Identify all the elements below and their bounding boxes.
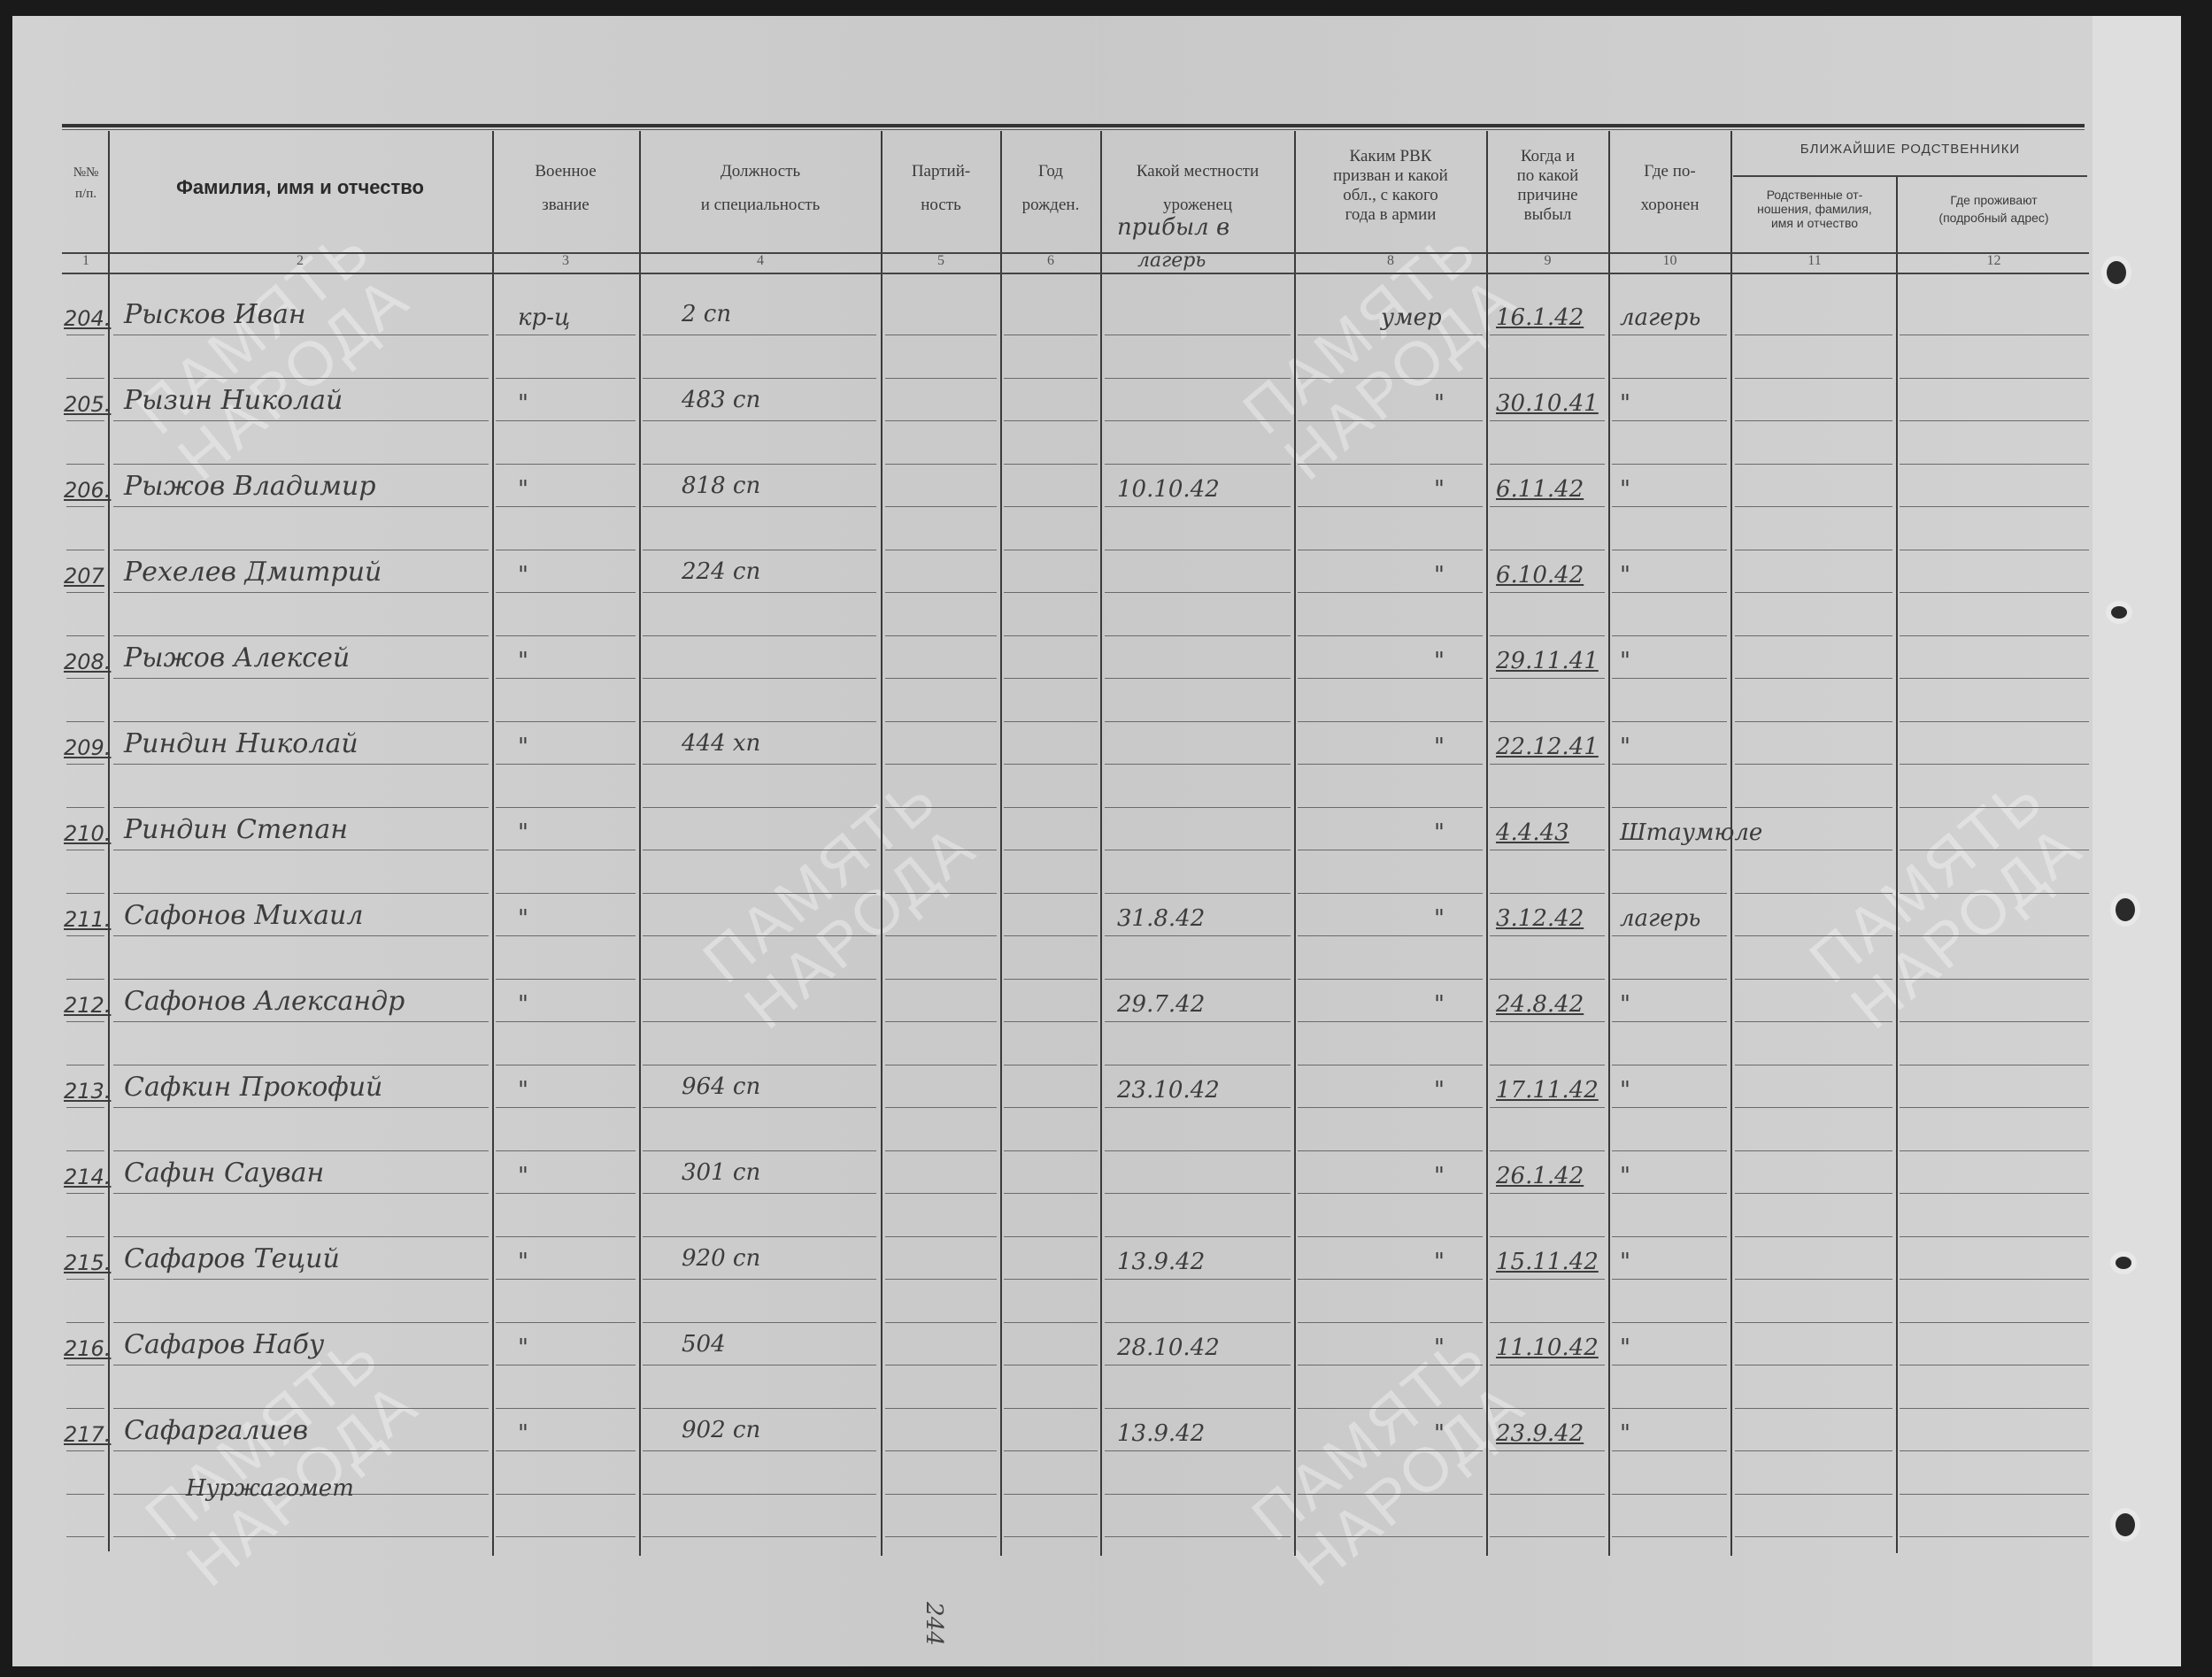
row-rule	[496, 420, 636, 421]
punch-hole	[2116, 1513, 2135, 1536]
row-rule	[1105, 1536, 1291, 1537]
row-rule	[1004, 335, 1098, 335]
row-rule	[885, 1365, 997, 1365]
row-rule	[1105, 1322, 1291, 1323]
military-rank: "	[518, 905, 528, 932]
row-rule	[885, 635, 997, 636]
row-rule	[1900, 678, 2089, 679]
row-rule	[1105, 550, 1291, 550]
row-rule	[1612, 506, 1727, 507]
header-col11: Родственные от-ношения, фамилия,имя и от…	[1733, 188, 1896, 230]
row-rule	[643, 420, 876, 421]
header-top-rule	[62, 124, 2085, 127]
row-rule	[66, 721, 104, 722]
row-rule	[1735, 893, 1892, 894]
row-rule	[1490, 464, 1605, 465]
row-rule	[1004, 1065, 1098, 1065]
header-col10: Где по-хоронен	[1610, 161, 1730, 216]
row-rule	[1612, 335, 1727, 335]
row-rule	[1735, 335, 1892, 335]
row-rule	[885, 1494, 997, 1495]
rvk-status: умер	[1381, 304, 1442, 331]
row-rule	[1612, 1450, 1727, 1451]
header-col7-handwritten-note: прибыл в	[1117, 214, 1229, 241]
row-rule	[113, 979, 489, 980]
row-rule	[1900, 1236, 2089, 1237]
row-number: 209.	[64, 735, 111, 760]
column-number: 1	[64, 253, 108, 269]
row-rule	[643, 1322, 876, 1323]
row-rule	[1900, 1065, 2089, 1065]
rvk-status: "	[1434, 1335, 1445, 1361]
row-rule	[1735, 1279, 1892, 1280]
row-rule	[885, 1021, 997, 1022]
row-rule	[1900, 1450, 2089, 1451]
military-rank: "	[518, 562, 528, 588]
row-rule	[496, 893, 636, 894]
row-number: 208.	[64, 650, 111, 674]
row-number: 210.	[64, 821, 111, 846]
row-rule	[496, 335, 636, 335]
row-rule	[1735, 420, 1892, 421]
position-unit: 2 сп	[682, 301, 731, 327]
column-number: 5	[882, 253, 999, 269]
row-rule	[885, 678, 997, 679]
row-rule	[66, 1150, 104, 1151]
full-name: Рысков Иван	[124, 299, 306, 330]
row-rule	[113, 592, 489, 593]
row-rule	[496, 979, 636, 980]
row-rule	[1105, 592, 1291, 593]
row-rule	[1105, 378, 1291, 379]
date-of-death: 29.11.41	[1496, 648, 1599, 674]
row-rule	[643, 1150, 876, 1151]
row-rule	[1004, 506, 1098, 507]
row-rule	[885, 893, 997, 894]
burial-place: "	[1620, 991, 1630, 1018]
row-rule	[113, 1150, 489, 1151]
arrived-in-camp-date: 13.9.42	[1117, 1249, 1205, 1275]
header-top-rule	[62, 129, 2085, 130]
date-of-death: 6.11.42	[1496, 476, 1584, 503]
date-of-death: 3.12.42	[1496, 905, 1584, 932]
row-rule	[1105, 850, 1291, 850]
punch-hole	[2111, 606, 2127, 619]
row-rule	[66, 592, 104, 593]
row-rule	[1612, 1279, 1727, 1280]
row-rule	[66, 1408, 104, 1409]
row-rule	[1735, 979, 1892, 980]
row-rule	[1105, 1365, 1291, 1365]
row-rule	[1004, 1450, 1098, 1451]
position-unit: 818 сп	[682, 473, 760, 499]
row-rule	[1900, 764, 2089, 765]
row-rule	[496, 935, 636, 936]
row-rule	[1298, 678, 1483, 679]
row-rule	[496, 1193, 636, 1194]
full-name: Сафонов Михаил	[124, 900, 363, 931]
row-rule	[885, 764, 997, 765]
row-rule	[66, 1107, 104, 1108]
row-rule	[1004, 1021, 1098, 1022]
burial-place: "	[1620, 1163, 1630, 1189]
row-rule	[113, 678, 489, 679]
row-rule	[643, 1236, 876, 1237]
rvk-status: "	[1434, 1077, 1445, 1104]
row-rule	[1004, 1150, 1098, 1151]
burial-place: лагерь	[1620, 304, 1700, 331]
burial-place: "	[1620, 734, 1630, 760]
row-rule	[1490, 678, 1605, 679]
column-divider	[1486, 131, 1488, 1556]
date-of-death: 26.1.42	[1496, 1163, 1584, 1189]
row-rule	[1298, 506, 1483, 507]
row-rule	[1490, 807, 1605, 808]
row-number: 207	[64, 564, 104, 588]
row-rule	[1612, 721, 1727, 722]
row-rule	[1490, 550, 1605, 550]
row-rule	[1004, 464, 1098, 465]
arrived-in-camp-date: 31.8.42	[1117, 905, 1205, 932]
row-rule	[643, 935, 876, 936]
row-rule	[885, 592, 997, 593]
row-rule	[66, 420, 104, 421]
row-rule	[66, 335, 104, 335]
row-number: 216.	[64, 1336, 111, 1361]
row-rule	[1735, 378, 1892, 379]
date-of-death: 16.1.42	[1496, 304, 1584, 331]
row-rule	[1612, 635, 1727, 636]
military-rank: "	[518, 1249, 528, 1275]
row-rule	[113, 635, 489, 636]
row-number: 212.	[64, 993, 111, 1018]
row-rule	[1105, 807, 1291, 808]
military-rank: кр-ц	[518, 304, 570, 331]
row-rule	[1900, 506, 2089, 507]
rvk-status: "	[1434, 905, 1445, 932]
row-rule	[1490, 1322, 1605, 1323]
arrived-in-camp-date: 29.7.42	[1117, 991, 1205, 1018]
rvk-status: "	[1434, 991, 1445, 1018]
row-rule	[1298, 1408, 1483, 1409]
row-rule	[1900, 1150, 2089, 1151]
row-rule	[1612, 550, 1727, 550]
row-rule	[1735, 1150, 1892, 1151]
column-number: 4	[641, 253, 880, 269]
row-rule	[113, 1065, 489, 1065]
arrived-in-camp-date: 10.10.42	[1117, 476, 1220, 503]
row-rule	[1490, 721, 1605, 722]
burial-place: Штаумюле	[1620, 819, 1762, 846]
row-number: 205.	[64, 392, 111, 417]
row-rule	[1735, 678, 1892, 679]
row-rule	[1735, 592, 1892, 593]
row-rule	[113, 335, 489, 335]
column-divider	[1294, 131, 1296, 1556]
row-rule	[1004, 721, 1098, 722]
row-rule	[1298, 378, 1483, 379]
row-rule	[1004, 550, 1098, 550]
row-number: 214.	[64, 1165, 111, 1189]
row-rule	[1612, 1494, 1727, 1495]
row-rule	[496, 1408, 636, 1409]
row-rule	[1735, 1450, 1892, 1451]
row-rule	[1298, 550, 1483, 550]
row-rule	[1105, 935, 1291, 936]
date-of-death: 17.11.42	[1496, 1077, 1599, 1104]
row-rule	[1105, 335, 1291, 335]
row-rule	[1298, 335, 1483, 335]
row-rule	[1735, 1065, 1892, 1065]
burial-place: "	[1620, 1077, 1630, 1104]
row-rule	[1490, 893, 1605, 894]
row-rule	[1298, 1536, 1483, 1537]
row-rule	[885, 1279, 997, 1280]
column-divider	[1100, 131, 1102, 1556]
row-rule	[1612, 850, 1727, 850]
row-rule	[885, 506, 997, 507]
row-rule	[1900, 1021, 2089, 1022]
row-rule	[113, 420, 489, 421]
row-rule	[496, 1279, 636, 1280]
row-rule	[113, 550, 489, 550]
row-rule	[1004, 1107, 1098, 1108]
military-rank: "	[518, 1420, 528, 1447]
row-rule	[113, 1536, 489, 1537]
row-rule	[643, 1450, 876, 1451]
row-rule	[1735, 935, 1892, 936]
column-divider	[492, 131, 494, 1556]
row-number: 204.	[64, 306, 111, 331]
header-col8: Каким РВКпризван и какойобл., с какогого…	[1296, 147, 1485, 225]
row-rule	[1612, 420, 1727, 421]
row-rule	[1735, 807, 1892, 808]
position-unit: 483 сп	[682, 387, 760, 413]
rvk-status: "	[1434, 1163, 1445, 1189]
row-rule	[66, 893, 104, 894]
full-name: Рызин Николай	[124, 385, 343, 416]
row-rule	[885, 1065, 997, 1065]
punch-hole	[2116, 1257, 2131, 1269]
row-rule	[643, 335, 876, 335]
row-rule	[1004, 1236, 1098, 1237]
row-rule	[1105, 1150, 1291, 1151]
row-rule	[643, 464, 876, 465]
row-rule	[643, 1365, 876, 1365]
row-rule	[1004, 678, 1098, 679]
burial-place: "	[1620, 476, 1630, 503]
row-rule	[643, 979, 876, 980]
row-rule	[1298, 635, 1483, 636]
row-rule	[496, 850, 636, 850]
row-rule	[1612, 378, 1727, 379]
row-rule	[1900, 635, 2089, 636]
row-rule	[1490, 335, 1605, 335]
row-rule	[1900, 1193, 2089, 1194]
row-rule	[885, 1536, 997, 1537]
row-rule	[1298, 1150, 1483, 1151]
row-rule	[496, 1536, 636, 1537]
column-number: 9	[1488, 253, 1607, 269]
row-rule	[1612, 464, 1727, 465]
row-rule	[1004, 1279, 1098, 1280]
row-rule	[643, 1065, 876, 1065]
row-rule	[643, 1107, 876, 1108]
row-rule	[1004, 635, 1098, 636]
row-rule	[1735, 850, 1892, 850]
row-rule	[643, 1536, 876, 1537]
date-of-death: 15.11.42	[1496, 1249, 1599, 1275]
row-rule	[1612, 1150, 1727, 1151]
row-rule	[1735, 550, 1892, 550]
date-of-death: 4.4.43	[1496, 819, 1569, 846]
row-rule	[66, 550, 104, 550]
row-rule	[1105, 764, 1291, 765]
row-rule	[1298, 979, 1483, 980]
rvk-status: "	[1434, 476, 1445, 503]
row-rule	[496, 1450, 636, 1451]
burial-place: "	[1620, 1335, 1630, 1361]
row-rule	[643, 893, 876, 894]
date-of-death: 11.10.42	[1496, 1335, 1599, 1361]
row-rule	[1612, 592, 1727, 593]
row-rule	[1490, 1107, 1605, 1108]
position-unit: 920 сп	[682, 1245, 760, 1272]
row-rule	[1900, 935, 2089, 936]
column-number: 10	[1610, 253, 1730, 269]
burial-place: лагерь	[1620, 905, 1700, 932]
row-rule	[1900, 807, 2089, 808]
row-rule	[1735, 764, 1892, 765]
military-rank: "	[518, 1077, 528, 1104]
punch-hole	[2107, 261, 2126, 284]
row-rule	[1612, 1021, 1727, 1022]
military-rank: "	[518, 819, 528, 846]
header-col9: Когда ипо какойпричиневыбыл	[1488, 147, 1607, 225]
row-rule	[1298, 1236, 1483, 1237]
row-rule	[1105, 506, 1291, 507]
row-rule	[1490, 850, 1605, 850]
row-rule	[113, 1322, 489, 1323]
row-rule	[1900, 1408, 2089, 1409]
row-rule	[1612, 893, 1727, 894]
row-rule	[1490, 1021, 1605, 1022]
column-divider	[881, 131, 882, 1556]
rvk-status: "	[1434, 734, 1445, 760]
row-rule	[66, 678, 104, 679]
row-rule	[496, 1322, 636, 1323]
row-rule	[113, 1365, 489, 1365]
date-of-death: 22.12.41	[1496, 734, 1599, 760]
burial-place: "	[1620, 1420, 1630, 1447]
column-number: 12	[1899, 253, 2089, 269]
row-rule	[113, 807, 489, 808]
row-rule	[1735, 506, 1892, 507]
row-rule	[1105, 1021, 1291, 1022]
row-rule	[1735, 1408, 1892, 1409]
row-rule	[885, 1408, 997, 1409]
row-rule	[1490, 1536, 1605, 1537]
row-number: 206.	[64, 478, 111, 503]
row-rule	[496, 678, 636, 679]
row-rule	[66, 764, 104, 765]
military-rank: "	[518, 991, 528, 1018]
row-rule	[1900, 378, 2089, 379]
row-rule	[66, 1494, 104, 1495]
full-name: Сафаров Теций	[124, 1243, 340, 1274]
row-rule	[66, 850, 104, 850]
row-rule	[1105, 1450, 1291, 1451]
row-rule	[1490, 506, 1605, 507]
row-rule	[66, 378, 104, 379]
row-rule	[1612, 935, 1727, 936]
row-rule	[496, 1150, 636, 1151]
row-rule	[66, 635, 104, 636]
row-rule	[1105, 420, 1291, 421]
row-rule	[1612, 1408, 1727, 1409]
rvk-status: "	[1434, 1420, 1445, 1447]
row-rule	[1105, 721, 1291, 722]
row-rule	[113, 1107, 489, 1108]
military-rank: "	[518, 648, 528, 674]
row-rule	[1004, 1322, 1098, 1323]
row-rule	[1612, 1322, 1727, 1323]
column-divider	[1896, 177, 1898, 1553]
rvk-status: "	[1434, 390, 1445, 417]
row-rule	[113, 935, 489, 936]
row-rule	[1490, 935, 1605, 936]
row-rule	[113, 721, 489, 722]
arrived-in-camp-date: 28.10.42	[1117, 1335, 1220, 1361]
header-rule	[62, 273, 2089, 274]
row-rule	[1004, 1193, 1098, 1194]
full-name: Рехелев Дмитрий	[124, 557, 382, 588]
row-rule	[1105, 979, 1291, 980]
row-rule	[66, 935, 104, 936]
row-number: 217.	[64, 1422, 111, 1447]
row-rule	[496, 807, 636, 808]
row-rule	[1004, 1494, 1098, 1495]
row-rule	[1900, 335, 2089, 335]
row-rule	[1612, 764, 1727, 765]
row-rule	[1298, 1021, 1483, 1022]
row-number: 211.	[64, 907, 111, 932]
row-rule	[885, 721, 997, 722]
row-rule	[1298, 420, 1483, 421]
row-rule	[1298, 1065, 1483, 1065]
rvk-status: "	[1434, 648, 1445, 674]
full-name-continued: Нуржагомет	[186, 1475, 354, 1502]
row-rule	[1490, 1150, 1605, 1151]
row-rule	[643, 1408, 876, 1409]
row-rule	[1490, 1193, 1605, 1194]
row-rule	[1735, 1021, 1892, 1022]
row-rule	[1004, 1536, 1098, 1537]
header-col2: Фамилия, имя и отчество	[110, 177, 490, 198]
row-rule	[1900, 1536, 2089, 1537]
row-rule	[1004, 850, 1098, 850]
header-col4: Должностьи специальность	[641, 161, 880, 216]
row-rule	[66, 979, 104, 980]
row-rule	[496, 1236, 636, 1237]
row-number: 215.	[64, 1250, 111, 1275]
row-rule	[113, 464, 489, 465]
row-rule	[643, 550, 876, 550]
full-name: Риндин Николай	[124, 728, 358, 759]
row-rule	[1735, 1107, 1892, 1108]
header-relatives-group: БЛИЖАЙШИЕ РОДСТВЕННИКИ	[1733, 142, 2087, 158]
full-name: Рыжов Владимир	[124, 471, 376, 502]
